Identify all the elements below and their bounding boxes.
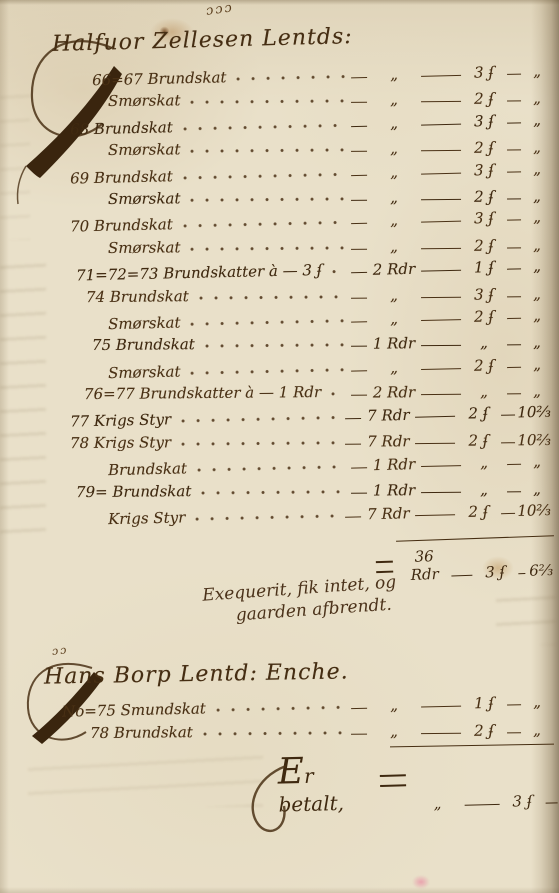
amount-ort: 1 ʄ bbox=[461, 258, 507, 278]
amount-rixdaler: „ bbox=[367, 114, 421, 134]
row-amounts: „ 2 ʄ „ bbox=[351, 355, 559, 379]
amount-skilling: „ bbox=[521, 111, 553, 131]
dash-line bbox=[421, 492, 461, 493]
dotted-leader bbox=[199, 295, 345, 300]
row-amounts: „ 3 ʄ „ bbox=[351, 111, 559, 135]
dash-line bbox=[518, 573, 525, 574]
dash-line bbox=[421, 270, 461, 272]
dotted-leader bbox=[331, 392, 345, 396]
pen-ornament: ɔɔɔ bbox=[205, 0, 235, 19]
row-label: Smørskat bbox=[108, 238, 181, 259]
amount-skilling: „ bbox=[521, 257, 553, 277]
dash-line bbox=[351, 395, 367, 396]
dash-line bbox=[507, 247, 521, 248]
amount-rixdaler: 1 Rdr bbox=[367, 335, 421, 354]
row-label: 76=77 Brundskatter à — 1 Rdr bbox=[84, 383, 321, 405]
dash-line bbox=[421, 102, 461, 103]
paid-row: Er betalt, „ 3 ʄ bbox=[277, 744, 558, 817]
amount-rixdaler: „ bbox=[367, 140, 421, 159]
dash-line bbox=[351, 102, 367, 103]
dotted-leader bbox=[205, 344, 345, 349]
dash-line bbox=[421, 173, 461, 175]
amount-rixdaler: „ bbox=[367, 695, 421, 715]
dash-line bbox=[351, 151, 367, 152]
amount-rixdaler: 7 Rdr bbox=[361, 432, 415, 451]
row-amounts: 7 Rdr 2 ʄ 10⅔ bbox=[345, 501, 559, 525]
dash-line bbox=[507, 367, 521, 368]
row-amounts: „ 2 ʄ „ bbox=[351, 306, 559, 330]
dash-line bbox=[507, 74, 521, 75]
paid-ort: 3 ʄ bbox=[499, 792, 545, 812]
amount-ort: 2 ʄ bbox=[461, 721, 507, 740]
dash-line bbox=[351, 224, 367, 225]
bleedthrough-text bbox=[28, 752, 263, 807]
amount-skilling: „ bbox=[521, 355, 553, 375]
amount-ort: 2 ʄ bbox=[455, 503, 501, 523]
row-amounts: 1 Rdr „ „ bbox=[351, 453, 559, 477]
amount-rixdaler: „ bbox=[367, 309, 421, 329]
dotted-leader bbox=[203, 731, 345, 736]
dash-line bbox=[465, 804, 500, 806]
manuscript-page: ɔɔɔ Halfuor Zellesen Lentds: 66=67 Brund… bbox=[0, 0, 559, 893]
dash-line bbox=[421, 248, 461, 249]
amount-rixdaler: 1 Rdr bbox=[367, 456, 421, 476]
dotted-leader bbox=[183, 123, 345, 131]
dash-line bbox=[351, 322, 367, 323]
section-heading: Hans Borp Lentd: Enche. bbox=[44, 659, 349, 689]
dotted-leader bbox=[181, 441, 339, 446]
dash-line bbox=[421, 706, 461, 708]
amount-skilling: „ bbox=[521, 160, 553, 180]
amount-rixdaler: 2 Rdr bbox=[367, 260, 421, 280]
dotted-leader bbox=[195, 514, 339, 521]
amount-rixdaler: „ bbox=[367, 211, 421, 231]
dash-line bbox=[421, 466, 461, 468]
amount-rixdaler: 7 Rdr bbox=[361, 407, 415, 427]
dash-line bbox=[345, 444, 361, 445]
amount-ort: 3 ʄ bbox=[461, 63, 507, 83]
dash-line bbox=[545, 802, 557, 803]
row-label: Smørskat bbox=[108, 141, 181, 162]
dotted-leader bbox=[190, 100, 345, 105]
amount-skilling: „ bbox=[521, 453, 553, 473]
dash-line bbox=[351, 272, 367, 273]
amount-ort: 2 ʄ bbox=[461, 356, 507, 376]
amount-skilling: 10⅔ bbox=[515, 403, 553, 423]
amount-ort: 1 ʄ bbox=[461, 694, 507, 714]
page-edge-top bbox=[0, 0, 559, 5]
dash-line bbox=[351, 298, 367, 299]
dotted-leader bbox=[190, 246, 345, 251]
row-amounts: 2 Rdr 1 ʄ „ bbox=[351, 257, 559, 281]
row-amounts: 7 Rdr 2 ʄ 10⅔ bbox=[345, 403, 559, 427]
bleedthrough-text bbox=[496, 583, 556, 645]
dash-line bbox=[507, 318, 521, 319]
ledger-rows-section-1: 66=67 Brundskat „ 3 ʄ „ Smørskat „ 2 ʄ „… bbox=[0, 62, 559, 525]
row-label: Krigs Styr bbox=[108, 509, 186, 531]
dotted-leader bbox=[191, 319, 346, 327]
total-skilling: 6⅔ bbox=[525, 561, 558, 581]
amount-rixdaler: „ bbox=[367, 65, 421, 85]
dash-line bbox=[507, 394, 521, 395]
amount-ort: 2 ʄ bbox=[455, 405, 501, 425]
amount-rixdaler: „ bbox=[367, 358, 421, 378]
dash-line bbox=[415, 515, 455, 517]
dash-line bbox=[421, 124, 461, 126]
dash-line bbox=[351, 77, 367, 78]
dash-line bbox=[421, 297, 461, 298]
row-label: 78 Krigs Styr bbox=[70, 434, 171, 455]
dash-line bbox=[351, 126, 367, 127]
dash-line bbox=[421, 199, 461, 200]
dash-line bbox=[421, 394, 461, 395]
dash-line bbox=[421, 75, 461, 77]
dash-line bbox=[351, 493, 367, 494]
amount-ort: 3 ʄ bbox=[461, 209, 507, 229]
marginal-note: Exequerit, fik intet, og gaarden afbrend… bbox=[149, 568, 451, 633]
ledger-row: 78 Brundskat „ 2 ʄ „ bbox=[90, 715, 559, 744]
dash-line bbox=[507, 269, 521, 270]
dash-line bbox=[501, 442, 515, 443]
dotted-leader bbox=[216, 705, 345, 712]
total-ort: 3 ʄ bbox=[472, 562, 519, 583]
amount-rixdaler: 7 Rdr bbox=[361, 505, 415, 525]
dash-line bbox=[507, 171, 521, 172]
dash-line bbox=[507, 199, 521, 200]
dash-line bbox=[507, 345, 521, 346]
pink-smudge bbox=[412, 875, 430, 889]
dotted-leader bbox=[236, 75, 345, 81]
dotted-leader bbox=[181, 416, 339, 424]
row-amounts: „ 1 ʄ „ bbox=[351, 692, 559, 716]
amount-rixdaler: „ bbox=[367, 163, 421, 183]
amount-skilling: 10⅔ bbox=[515, 501, 553, 521]
amount-ort: 2 ʄ bbox=[461, 307, 507, 327]
paid-rixdaler: „ bbox=[410, 794, 464, 814]
dash-line bbox=[507, 732, 521, 733]
dotted-leader bbox=[191, 368, 346, 376]
amount-skilling: „ bbox=[521, 208, 553, 228]
dotted-leader bbox=[201, 490, 345, 495]
dash-line bbox=[351, 734, 367, 735]
letter-tail-flourish-icon bbox=[244, 760, 296, 842]
dash-line bbox=[351, 346, 367, 347]
dash-line bbox=[507, 220, 521, 221]
dash-line bbox=[351, 708, 367, 709]
ledger-rows-section-2: No=75 Smundskat „ 1 ʄ „ 78 Brundskat „ 2… bbox=[0, 692, 559, 742]
dotted-leader bbox=[197, 465, 345, 472]
dash-line bbox=[452, 575, 472, 577]
row-label: 78 Brundskat bbox=[90, 723, 193, 744]
row-amounts: „ 3 ʄ „ bbox=[351, 208, 559, 232]
dash-line bbox=[345, 517, 361, 518]
row-label: 74 Brundskat bbox=[86, 287, 189, 308]
amount-skilling: „ bbox=[521, 62, 553, 82]
dotted-leader bbox=[183, 221, 345, 229]
dash-line bbox=[507, 122, 521, 123]
amount-ort: 3 ʄ bbox=[461, 161, 507, 181]
dash-line bbox=[507, 464, 521, 465]
row-label: Smørskat bbox=[108, 190, 181, 211]
dash-line bbox=[345, 419, 361, 420]
dotted-leader bbox=[183, 172, 345, 180]
row-amounts: „ 3 ʄ „ bbox=[351, 62, 559, 86]
dash-line bbox=[421, 368, 461, 370]
amount-skilling: „ bbox=[521, 306, 553, 326]
dash-line bbox=[351, 370, 367, 371]
amount-rixdaler: 1 Rdr bbox=[367, 481, 421, 500]
page-edge-bottom bbox=[0, 887, 559, 893]
amount-skilling: „ bbox=[521, 721, 553, 740]
dash-line bbox=[415, 417, 455, 419]
dash-line bbox=[351, 175, 367, 176]
dash-line bbox=[421, 733, 461, 734]
dash-line bbox=[351, 249, 367, 250]
row-amounts: „ 3 ʄ „ bbox=[351, 159, 559, 183]
dash-line bbox=[421, 319, 461, 321]
dash-line bbox=[507, 101, 521, 102]
dash-line bbox=[421, 150, 461, 151]
amount-rixdaler: „ bbox=[367, 286, 421, 305]
dotted-leader bbox=[190, 148, 345, 153]
equals-mark bbox=[380, 774, 406, 787]
dash-line bbox=[501, 415, 515, 416]
dash-line bbox=[501, 513, 515, 514]
row-label: Smørskat bbox=[108, 92, 181, 113]
row-amounts: „ 2 ʄ „ bbox=[351, 721, 559, 742]
dash-line bbox=[351, 468, 367, 469]
dotted-leader bbox=[332, 270, 345, 274]
dash-line bbox=[507, 491, 521, 492]
amount-rixdaler: „ bbox=[367, 91, 421, 110]
dotted-leader bbox=[190, 197, 345, 202]
dash-line bbox=[421, 221, 461, 223]
dash-line bbox=[351, 200, 367, 201]
amount-rixdaler: „ bbox=[367, 722, 421, 741]
dash-line bbox=[507, 704, 521, 705]
row-label: 79= Brundskat bbox=[76, 482, 191, 503]
row-label: 75 Brundskat bbox=[92, 336, 195, 357]
amount-ort: 3 ʄ bbox=[461, 112, 507, 132]
dash-line bbox=[415, 443, 455, 444]
dash-line bbox=[507, 296, 521, 297]
dash-line bbox=[421, 346, 461, 347]
amount-ort: „ bbox=[461, 454, 507, 474]
amount-skilling: „ bbox=[521, 693, 553, 713]
dash-line bbox=[507, 150, 521, 151]
